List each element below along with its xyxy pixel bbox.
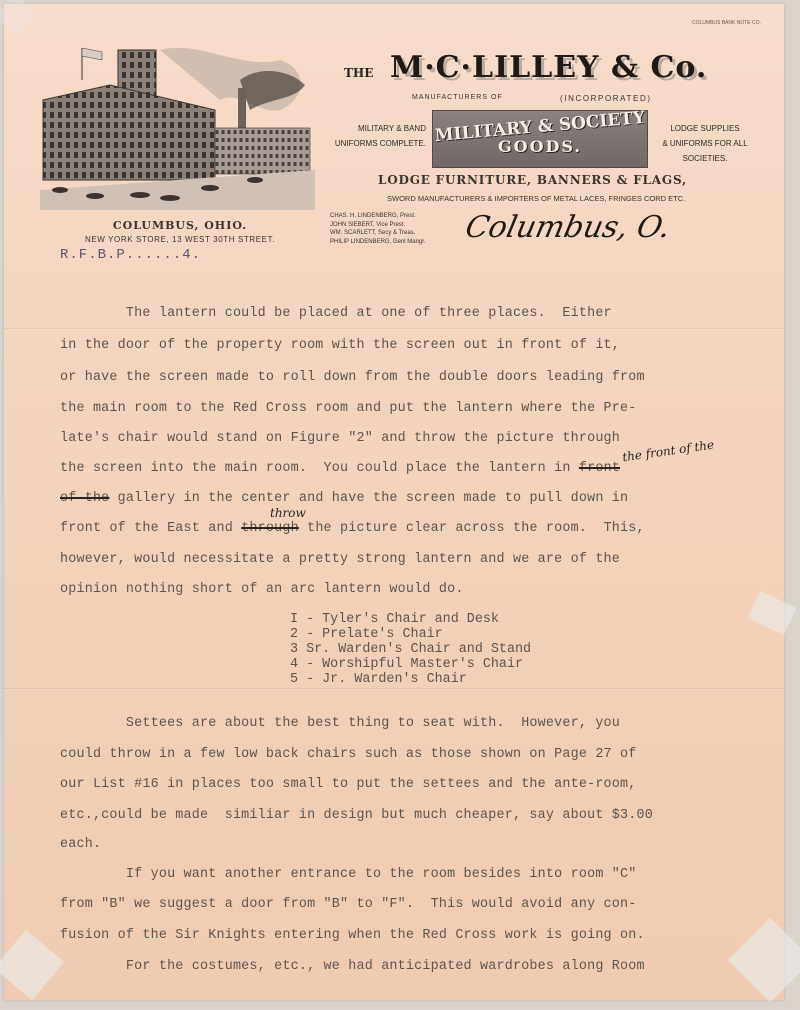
- company-name: M·C·LILLEY & Co.: [390, 50, 707, 85]
- manufacturers-of-label: MANUFACTURERS OF: [412, 94, 503, 101]
- body-line: front of the East and through the pictur…: [60, 521, 645, 536]
- right-tagline-line: SOCIETIES.: [650, 151, 760, 166]
- city-script: Columbus, O.: [462, 210, 673, 245]
- legend-item: I - Tyler's Chair and Desk: [290, 612, 499, 627]
- incorporated-label: (INCORPORATED): [560, 94, 652, 103]
- body-line: fusion of the Sir Knights entering when …: [60, 928, 645, 943]
- legend-item: 2 - Prelate's Chair: [290, 627, 443, 642]
- right-tagline-line: LODGE SUPPLIES: [650, 121, 760, 136]
- body-line: from "B" we suggest a door from "B" to "…: [60, 897, 637, 912]
- officer: WM. SCARLETT, Secy & Treas.: [330, 229, 426, 238]
- handwritten-correction: throw: [270, 506, 306, 520]
- officer: JOHN SIEBERT, Vice Prest.: [330, 221, 426, 230]
- body-line: The lantern could be placed at one of th…: [60, 306, 612, 321]
- reference-number: R.F.B.P......4.: [60, 247, 201, 263]
- left-tagline: MILITARY & BAND UNIFORMS COMPLETE.: [326, 121, 426, 151]
- right-tagline-line: & UNIFORMS FOR ALL: [650, 136, 760, 151]
- body-line: opinion nothing short of an arc lantern …: [60, 582, 464, 597]
- body-line: of the gallery in the center and have th…: [60, 491, 628, 506]
- body-text: the picture clear across the room. This,: [299, 521, 645, 536]
- officer: PHILIP LINDENBERG, Genl Mangr.: [330, 238, 426, 247]
- body-line: however, would necessitate a pretty stro…: [60, 552, 620, 567]
- body-line: our List #16 in places too small to put …: [60, 777, 637, 792]
- body-text: gallery in the center and have the scree…: [109, 491, 628, 506]
- printer-mark: COLUMBUS BANK NOTE CO.: [692, 20, 761, 26]
- body-line: each.: [60, 837, 101, 852]
- body-line: If you want another entrance to the room…: [60, 867, 637, 882]
- paper-fold: [4, 688, 784, 690]
- sword-manufacturers-line: SWORD MANUFACTURERS & IMPORTERS OF METAL…: [387, 194, 685, 203]
- paper-fold: [4, 328, 784, 330]
- right-tagline: LODGE SUPPLIES & UNIFORMS FOR ALL SOCIET…: [650, 121, 760, 166]
- legend-item: 3 Sr. Warden's Chair and Stand: [290, 642, 531, 657]
- body-text: front of the East and: [60, 521, 241, 536]
- engraving-caption: COLUMBUS, OHIO.: [40, 219, 320, 232]
- military-society-banner: MILITARY & SOCIETY GOODS.: [432, 110, 648, 168]
- new-york-store-caption: NEW YORK STORE, 13 WEST 30TH STREET.: [40, 235, 320, 244]
- body-line: Settees are about the best thing to seat…: [60, 716, 620, 731]
- left-tagline-line: MILITARY & BAND: [326, 121, 426, 136]
- body-text: the screen into the main room. You could…: [60, 461, 579, 476]
- body-line: the main room to the Red Cross room and …: [60, 401, 637, 416]
- legend-item: 5 - Jr. Warden's Chair: [290, 672, 467, 687]
- body-line: could throw in a few low back chairs suc…: [60, 747, 637, 762]
- legend-item: 4 - Worshipful Master's Chair: [290, 657, 523, 672]
- struck-word: front: [579, 461, 620, 476]
- struck-word: through: [241, 521, 299, 536]
- officer: CHAS. H. LINDENBERG, Prest.: [330, 212, 426, 221]
- body-line: or have the screen made to roll down fro…: [60, 370, 645, 385]
- body-line: For the costumes, etc., we had anticipat…: [60, 959, 645, 974]
- body-line: in the door of the property room with th…: [60, 338, 620, 353]
- lodge-furniture-line: LODGE FURNITURE, BANNERS & FLAGS,: [378, 173, 687, 187]
- struck-word: of the: [60, 491, 109, 506]
- company-article: THE: [344, 66, 373, 80]
- left-tagline-line: UNIFORMS COMPLETE.: [326, 136, 426, 151]
- officers-list: CHAS. H. LINDENBERG, Prest. JOHN SIEBERT…: [330, 212, 426, 246]
- body-line: etc.,could be made similiar in design bu…: [60, 808, 653, 823]
- body-line: late's chair would stand on Figure "2" a…: [60, 431, 620, 446]
- factory-building-engraving-icon: [40, 40, 315, 210]
- body-line: the screen into the main room. You could…: [60, 461, 620, 476]
